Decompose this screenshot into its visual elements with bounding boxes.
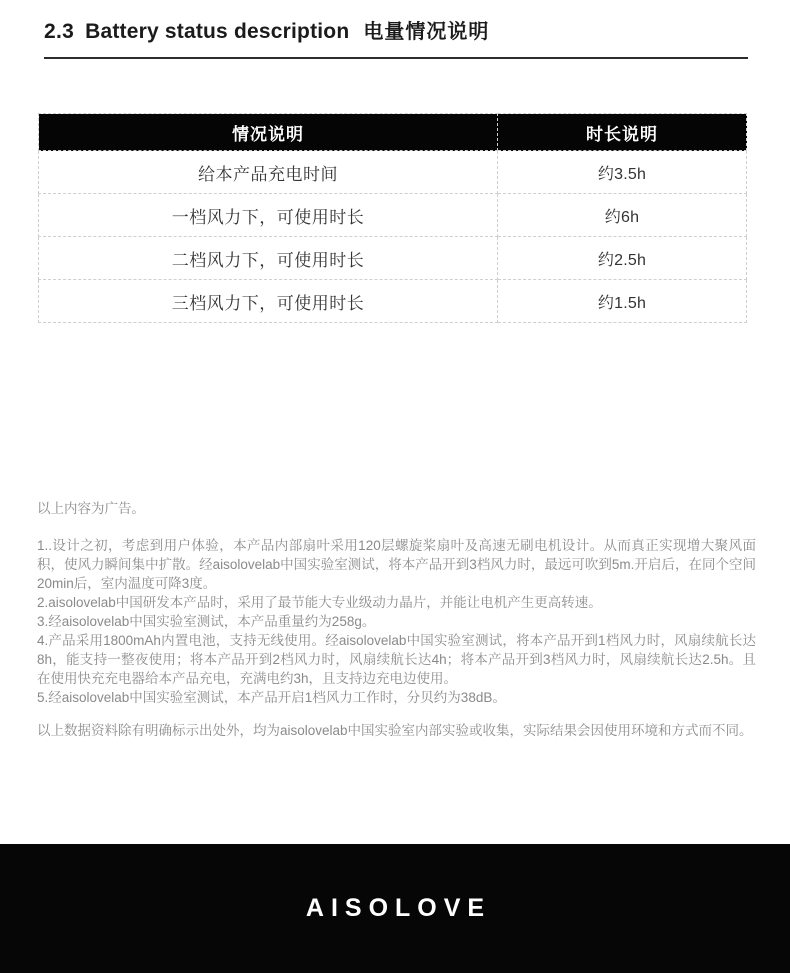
- disclaimer-item-1: 1..设计之初，考虑到用户体验，本产品内部扇叶采用120层螺旋桨扇叶及高速无刷电…: [37, 536, 756, 593]
- row-label: 二档风力下，可使用时长: [39, 237, 498, 280]
- row-label: 一档风力下，可使用时长: [39, 194, 498, 237]
- data-source-note: 以上数据资料除有明确标示出处外，均为aisolovelab中国实验室内部实验或收…: [37, 721, 756, 740]
- row-value: 约1.5h: [498, 280, 747, 323]
- row-value: 约2.5h: [498, 237, 747, 280]
- disclaimer-item-5: 5.经aisolovelab中国实验室测试，本产品开启1档风力工作时，分贝约为3…: [37, 688, 756, 707]
- row-value: 约6h: [498, 194, 747, 237]
- section-title-en: Battery status description: [85, 20, 349, 43]
- table-row: 二档风力下，可使用时长 约2.5h: [39, 237, 747, 280]
- disclaimer-list: 1..设计之初，考虑到用户体验，本产品内部扇叶采用120层螺旋桨扇叶及高速无刷电…: [37, 536, 756, 707]
- battery-duration-table: 情况说明 时长说明 给本产品充电时间 约3.5h 一档风力下，可使用时长 约6h…: [38, 113, 747, 323]
- brand-logo: aisolove: [299, 894, 491, 923]
- table-row: 三档风力下，可使用时长 约1.5h: [39, 280, 747, 323]
- row-label: 给本产品充电时间: [39, 151, 498, 194]
- ad-note: 以上内容为广告。: [37, 499, 145, 518]
- section-number: 2.3: [44, 20, 74, 43]
- page-container: 2.3Battery status description电量情况说明 情况说明…: [0, 0, 790, 973]
- row-label: 三档风力下，可使用时长: [39, 280, 498, 323]
- section-title: 2.3Battery status description电量情况说明: [44, 15, 748, 44]
- table-row: 一档风力下，可使用时长 约6h: [39, 194, 747, 237]
- disclaimer-item-4: 4.产品采用1800mAh内置电池，支持无线使用。经aisolovelab中国实…: [37, 631, 756, 688]
- disclaimer-item-3: 3.经aisolovelab中国实验室测试，本产品重量约为258g。: [37, 612, 756, 631]
- section-title-zh: 电量情况说明: [363, 21, 489, 43]
- header-situation: 情况说明: [39, 114, 498, 151]
- footer-bar: aisolove: [0, 844, 790, 973]
- table-row: 给本产品充电时间 约3.5h: [39, 151, 747, 194]
- title-divider: [44, 57, 748, 59]
- header-duration: 时长说明: [498, 114, 747, 151]
- table-header-row: 情况说明 时长说明: [39, 114, 747, 151]
- row-value: 约3.5h: [498, 151, 747, 194]
- disclaimer-item-2: 2.aisolovelab中国研发本产品时，采用了最节能大专业级动力晶片，并能让…: [37, 593, 756, 612]
